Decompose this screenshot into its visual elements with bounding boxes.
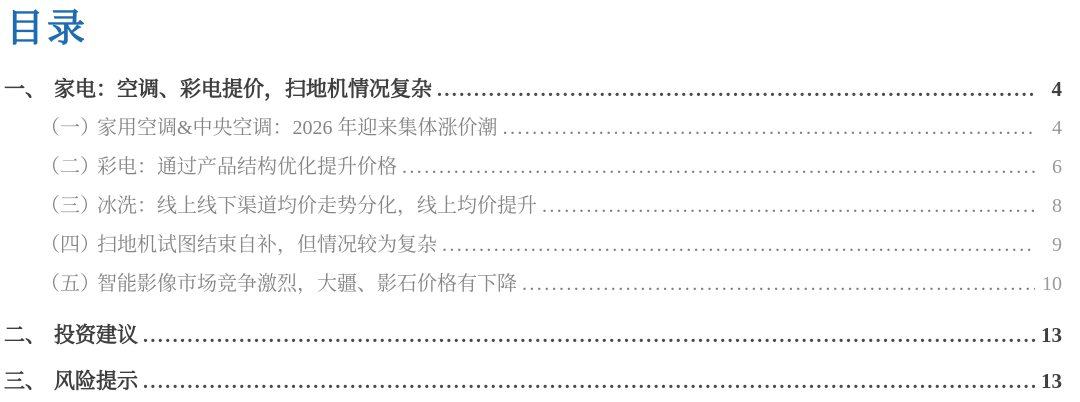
toc-entry-label: 智能影像市场竞争激烈，大疆、影石价格有下降	[97, 265, 517, 304]
toc-page: 目录 一、 家电：空调、彩电提价，扫地机情况复杂 4 （一） 家用空调&中央空调…	[0, 0, 1080, 402]
toc-entry-label: 冰洗：线上线下渠道均价走势分化，线上均价提升	[97, 187, 537, 226]
toc-entry-number: （三）	[40, 187, 97, 226]
toc-entry-page: 6	[1038, 148, 1062, 187]
toc-entry-label: 扫地机试图结束自补，但情况较为复杂	[97, 226, 437, 265]
toc-entry-label: 风险提示	[54, 362, 138, 401]
dot-leader	[442, 226, 1035, 265]
toc-entry[interactable]: （五） 智能影像市场竞争激烈，大疆、影石价格有下降 10	[4, 265, 1062, 304]
toc-entry-number: （四）	[40, 226, 97, 265]
toc-entry-page: 10	[1038, 265, 1062, 304]
toc-entry[interactable]: 三、 风险提示 13	[4, 362, 1062, 401]
toc-entry-label: 投资建议	[54, 316, 138, 355]
toc-entry-page: 9	[1038, 226, 1062, 265]
toc-entry-page: 13	[1038, 316, 1062, 355]
toc-entry-number: （二）	[40, 148, 97, 187]
toc-entry[interactable]: 二、 投资建议 13	[4, 316, 1062, 355]
dot-leader	[522, 265, 1035, 304]
toc-entry[interactable]: （四） 扫地机试图结束自补，但情况较为复杂 9	[4, 226, 1062, 265]
dot-leader	[402, 148, 1035, 187]
toc-entry-number: （一）	[40, 109, 97, 148]
toc-entry[interactable]: 一、 家电：空调、彩电提价，扫地机情况复杂 4	[4, 70, 1062, 109]
toc-entry-page: 4	[1038, 70, 1062, 109]
toc-entry-number: 二、	[4, 316, 54, 355]
toc-entry-label: 家用空调&中央空调：2026 年迎来集体涨价潮	[97, 109, 498, 148]
toc-entry-label: 家电：空调、彩电提价，扫地机情况复杂	[54, 70, 432, 109]
toc-entry[interactable]: （一） 家用空调&中央空调：2026 年迎来集体涨价潮 4	[4, 109, 1062, 148]
toc-entry[interactable]: （三） 冰洗：线上线下渠道均价走势分化，线上均价提升 8	[4, 187, 1062, 226]
toc-entry[interactable]: （二） 彩电：通过产品结构优化提升价格 6	[4, 148, 1062, 187]
dot-leader	[143, 362, 1035, 402]
toc-entry-number: 一、	[4, 70, 54, 109]
page-title: 目录	[6, 6, 1062, 52]
toc-list: 一、 家电：空调、彩电提价，扫地机情况复杂 4 （一） 家用空调&中央空调：20…	[4, 70, 1062, 401]
toc-entry-page: 4	[1038, 109, 1062, 148]
toc-entry-page: 8	[1038, 187, 1062, 226]
dot-leader	[437, 70, 1035, 110]
dot-leader	[143, 316, 1035, 356]
dot-leader	[503, 109, 1035, 148]
dot-leader	[542, 187, 1035, 226]
toc-entry-label: 彩电：通过产品结构优化提升价格	[97, 148, 397, 187]
toc-entry-page: 13	[1038, 362, 1062, 401]
toc-entry-number: （五）	[40, 265, 97, 304]
toc-entry-number: 三、	[4, 362, 54, 401]
